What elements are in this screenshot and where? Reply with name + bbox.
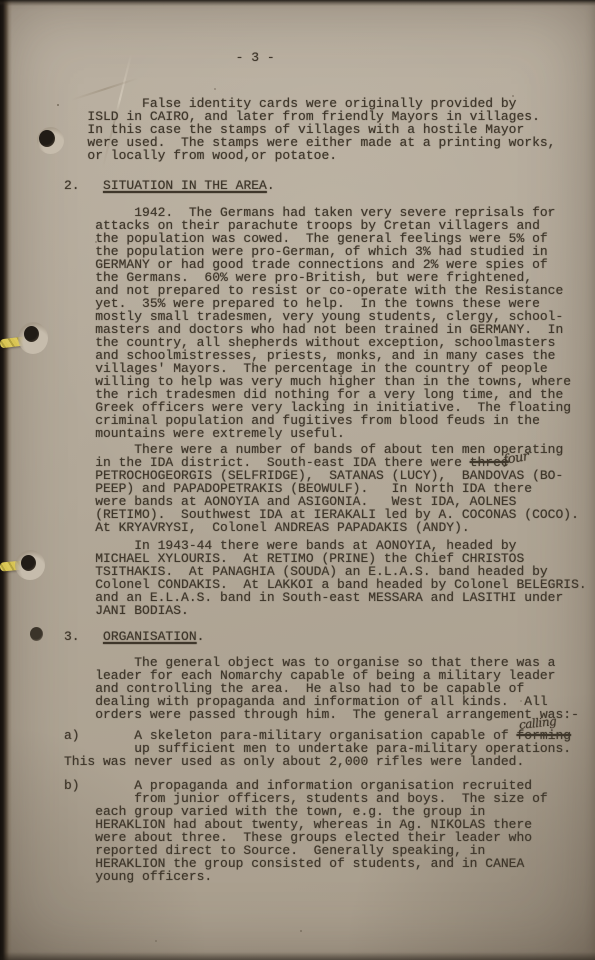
typewritten-line: This was never used as only about 2,000 … [64,755,595,768]
typewritten-line: 3. ORGANISATION. [64,630,595,643]
page-number: - 3 - [64,51,595,64]
underlined-heading: SITUATION IN THE AREA [103,178,267,193]
scan-edge-bottom [0,952,595,960]
correction: formingcalling [516,728,571,743]
organisation-paragraph: The general object was to organise so th… [64,656,595,721]
typewritten-line: young officers. [64,870,595,883]
bands-paragraph: There were a number of bands of about te… [64,443,595,534]
item-b: b) A propaganda and information organisa… [64,779,595,883]
document-page: - 3 - False identity cards were original… [0,0,595,960]
bands-1943-44-paragraph: In 1943-44 there were bands at AONOYIA, … [64,539,595,617]
handwritten-word: four [502,450,529,467]
situation-paragraph: 1942. The Germans had taken very severe … [64,206,595,440]
typewritten-line: At KRYAVRYSI, Colonel ANDREAS PAPADAKIS … [64,521,595,534]
typewritten-line: mountains were extremely useful. [64,427,595,440]
typewritten-line: 2. SITUATION IN THE AREA. [64,179,595,192]
section-2-heading: 2. SITUATION IN THE AREA. [64,179,595,192]
underlined-heading: ORGANISATION [103,629,197,644]
typewritten-line: JANI BODIAS. [64,604,595,617]
item-a: a) A skeleton para-military organisation… [64,729,595,768]
typewritten-line: - 3 - [64,51,595,64]
section-3-heading: 3. ORGANISATION. [64,630,595,643]
document-text: - 3 - False identity cards were original… [0,0,595,883]
typewritten-line: orders were passed through him. The gene… [64,708,595,721]
typewritten-line: or locally from wood,or potatoe. [64,149,595,162]
intro-paragraph: False identity cards were originally pro… [64,97,595,162]
